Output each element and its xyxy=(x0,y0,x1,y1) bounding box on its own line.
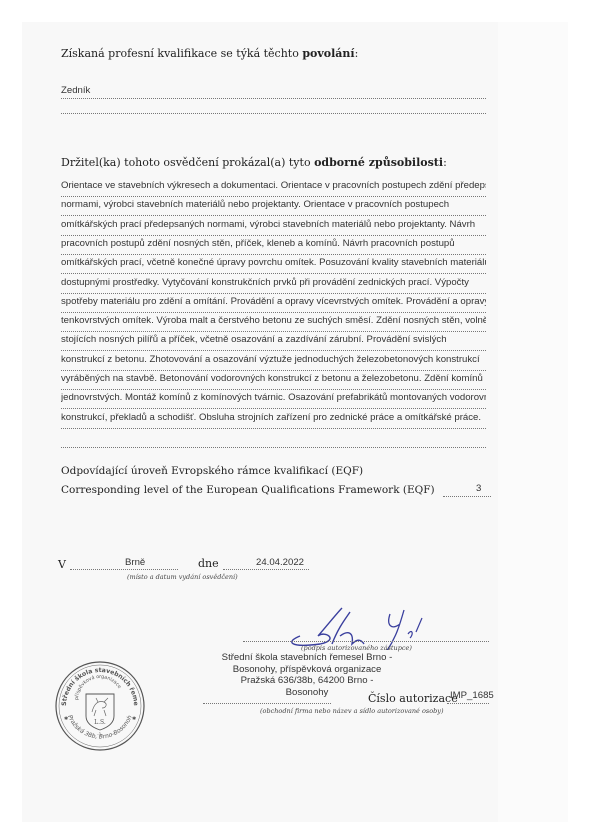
eqf-label-cz: Odpovídající úroveň Evropského rámce kva… xyxy=(61,465,363,477)
stamp-star-right-icon: ✱ xyxy=(132,716,136,722)
occupation-heading-bold: povolání xyxy=(302,47,354,60)
eqf-value-line xyxy=(443,496,491,497)
signature-line xyxy=(243,641,489,642)
competence-line: Orientace ve stavebních výkresech a doku… xyxy=(61,178,486,197)
auth-number-value: IMP_1685 xyxy=(450,690,494,701)
competence-line: konstrukcí z betonu. Zhotovování a osazo… xyxy=(61,352,486,371)
occupation-heading-text: Získaná profesní kvalifikace se týká těc… xyxy=(61,47,302,60)
company-line xyxy=(203,703,331,704)
date-line xyxy=(223,569,309,570)
competence-line: omítkářských prací, včetně konečné úprav… xyxy=(61,255,486,274)
eqf-value: 3 xyxy=(476,483,481,494)
stamp-star-left-icon: ✱ xyxy=(64,716,68,722)
competence-line: konstrukcí, překladů a schodišť. Obsluha… xyxy=(61,410,486,429)
competence-line xyxy=(61,429,486,448)
company-caption: (obchodní firma nebo název a sídlo autor… xyxy=(260,707,444,715)
competence-line: normami, výrobci stavebních materiálů ne… xyxy=(61,197,486,216)
competences-heading: Držitel(ka) tohoto osvědčení prokázal(a)… xyxy=(61,156,447,169)
competence-line: tenkovrstvých omítek. Výroba malt a čers… xyxy=(61,313,486,332)
place-label: V xyxy=(58,558,66,571)
date-value: 24.04.2022 xyxy=(256,557,304,568)
competences-heading-colon: : xyxy=(443,156,447,169)
signature-scribble xyxy=(280,600,450,650)
official-stamp: Střední škola stavebních řemesel Brno-Bo… xyxy=(54,660,146,752)
auth-number-line xyxy=(447,703,489,704)
competence-line: vyráběných na stavbě. Betonování vodorov… xyxy=(61,371,486,390)
stamp-number: -1- xyxy=(97,732,103,737)
company-line-1: Střední škola stavebních řemesel Brno - xyxy=(202,652,412,664)
place-date-caption: (místo a datum vydání osvědčení) xyxy=(127,573,238,581)
company-line-2: Bosonohy, příspěvková organizace xyxy=(202,664,412,676)
document-page-edge xyxy=(498,22,568,822)
place-value: Brně xyxy=(125,557,145,568)
competences-heading-bold: odborné způsobilosti xyxy=(314,156,443,169)
signature-caption: (podpis autorizovaného zástupce) xyxy=(301,644,412,652)
competence-line: jednovrstvých. Montáž komínů z komínovýc… xyxy=(61,390,486,409)
competence-line: dostupnými prostředky. Vytyčování konstr… xyxy=(61,275,486,294)
competence-line: omítkářských prací předepsaných normami,… xyxy=(61,217,486,236)
date-label: dne xyxy=(198,557,219,570)
occupation-heading: Získaná profesní kvalifikace se týká těc… xyxy=(61,47,358,60)
competences-heading-text: Držitel(ka) tohoto osvědčení prokázal(a)… xyxy=(61,156,314,169)
lion-icon xyxy=(92,698,108,716)
competence-line: stojících nosných pilířů a příček, včetn… xyxy=(61,332,486,351)
occupation-line-2 xyxy=(61,113,486,114)
competence-line: spotřeby materiálu pro zdění a omítání. … xyxy=(61,294,486,313)
place-line xyxy=(70,569,178,570)
occupation-line-1 xyxy=(61,98,486,99)
auth-number-label: Číslo autorizace xyxy=(368,692,458,705)
stamp-emblem-letters: L.S. xyxy=(94,719,106,726)
eqf-label-en: Corresponding level of the European Qual… xyxy=(61,484,435,496)
occupation-heading-colon: : xyxy=(355,47,359,60)
occupation-value: Zedník xyxy=(61,85,90,96)
company-line-3: Pražská 636/38b, 64200 Brno - xyxy=(202,675,412,687)
competence-line: pracovních postupů zdění nosných stěn, p… xyxy=(61,236,486,255)
